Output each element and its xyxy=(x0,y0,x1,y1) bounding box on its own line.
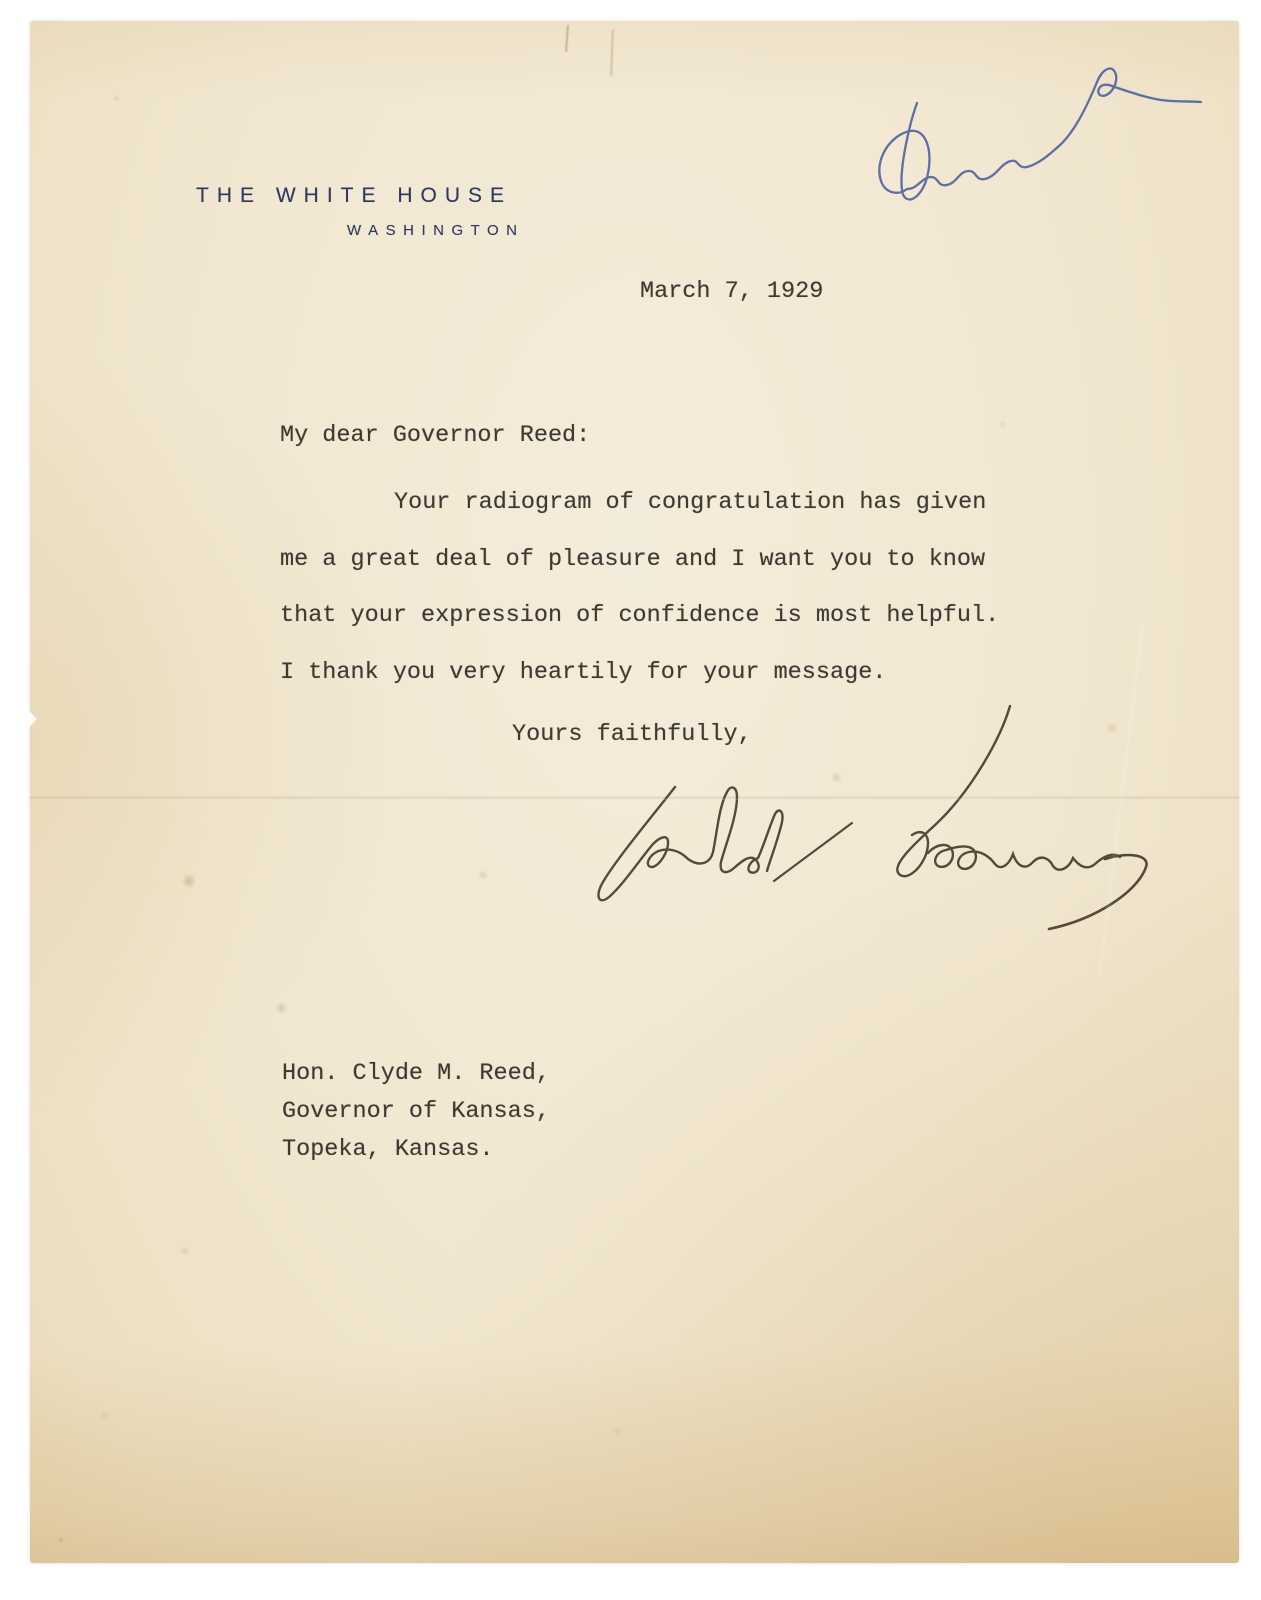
recipient-line: Topeka, Kansas. xyxy=(282,1136,550,1174)
recipient-line: Hon. Clyde M. Reed, xyxy=(282,1060,550,1098)
recipient-line: Governor of Kansas, xyxy=(282,1098,550,1136)
foxing-spot xyxy=(180,1246,190,1256)
date-line: March 7, 1929 xyxy=(640,278,823,305)
foxing-spot xyxy=(998,420,1007,429)
foxing-spot xyxy=(58,1537,64,1543)
signature-herbert-hoover-handwriting xyxy=(560,695,1160,940)
letterhead-title: THE WHITE HOUSE xyxy=(196,184,512,208)
foxing-spot xyxy=(478,870,488,880)
foxing-spot xyxy=(1106,722,1118,734)
foxing-spot xyxy=(275,1002,287,1014)
body-line: that your expression of confidence is mo… xyxy=(280,602,1040,659)
horizontal-fold-crease xyxy=(30,796,1239,800)
foxing-spot xyxy=(100,1411,109,1420)
staple-mark xyxy=(610,30,614,76)
paper-edge-notch xyxy=(28,710,37,728)
body-line: Your radiogram of congratulation has giv… xyxy=(280,489,1040,546)
staple-mark xyxy=(565,25,569,52)
letter-body: Your radiogram of congratulation has giv… xyxy=(280,489,1040,715)
salutation: My dear Governor Reed: xyxy=(280,422,590,449)
letterhead-city: WASHINGTON xyxy=(347,222,525,239)
foxing-spot xyxy=(831,772,842,783)
letter-paper: THE WHITE HOUSE WASHINGTON March 7, 1929… xyxy=(30,21,1239,1563)
body-line: me a great deal of pleasure and I want y… xyxy=(280,546,1040,603)
personal-annotation-handwriting xyxy=(860,50,1210,210)
recipient-address: Hon. Clyde M. Reed, Governor of Kansas, … xyxy=(282,1060,550,1174)
foxing-spot xyxy=(182,874,196,888)
foxing-spot xyxy=(113,95,120,102)
foxing-spot xyxy=(613,1426,623,1436)
